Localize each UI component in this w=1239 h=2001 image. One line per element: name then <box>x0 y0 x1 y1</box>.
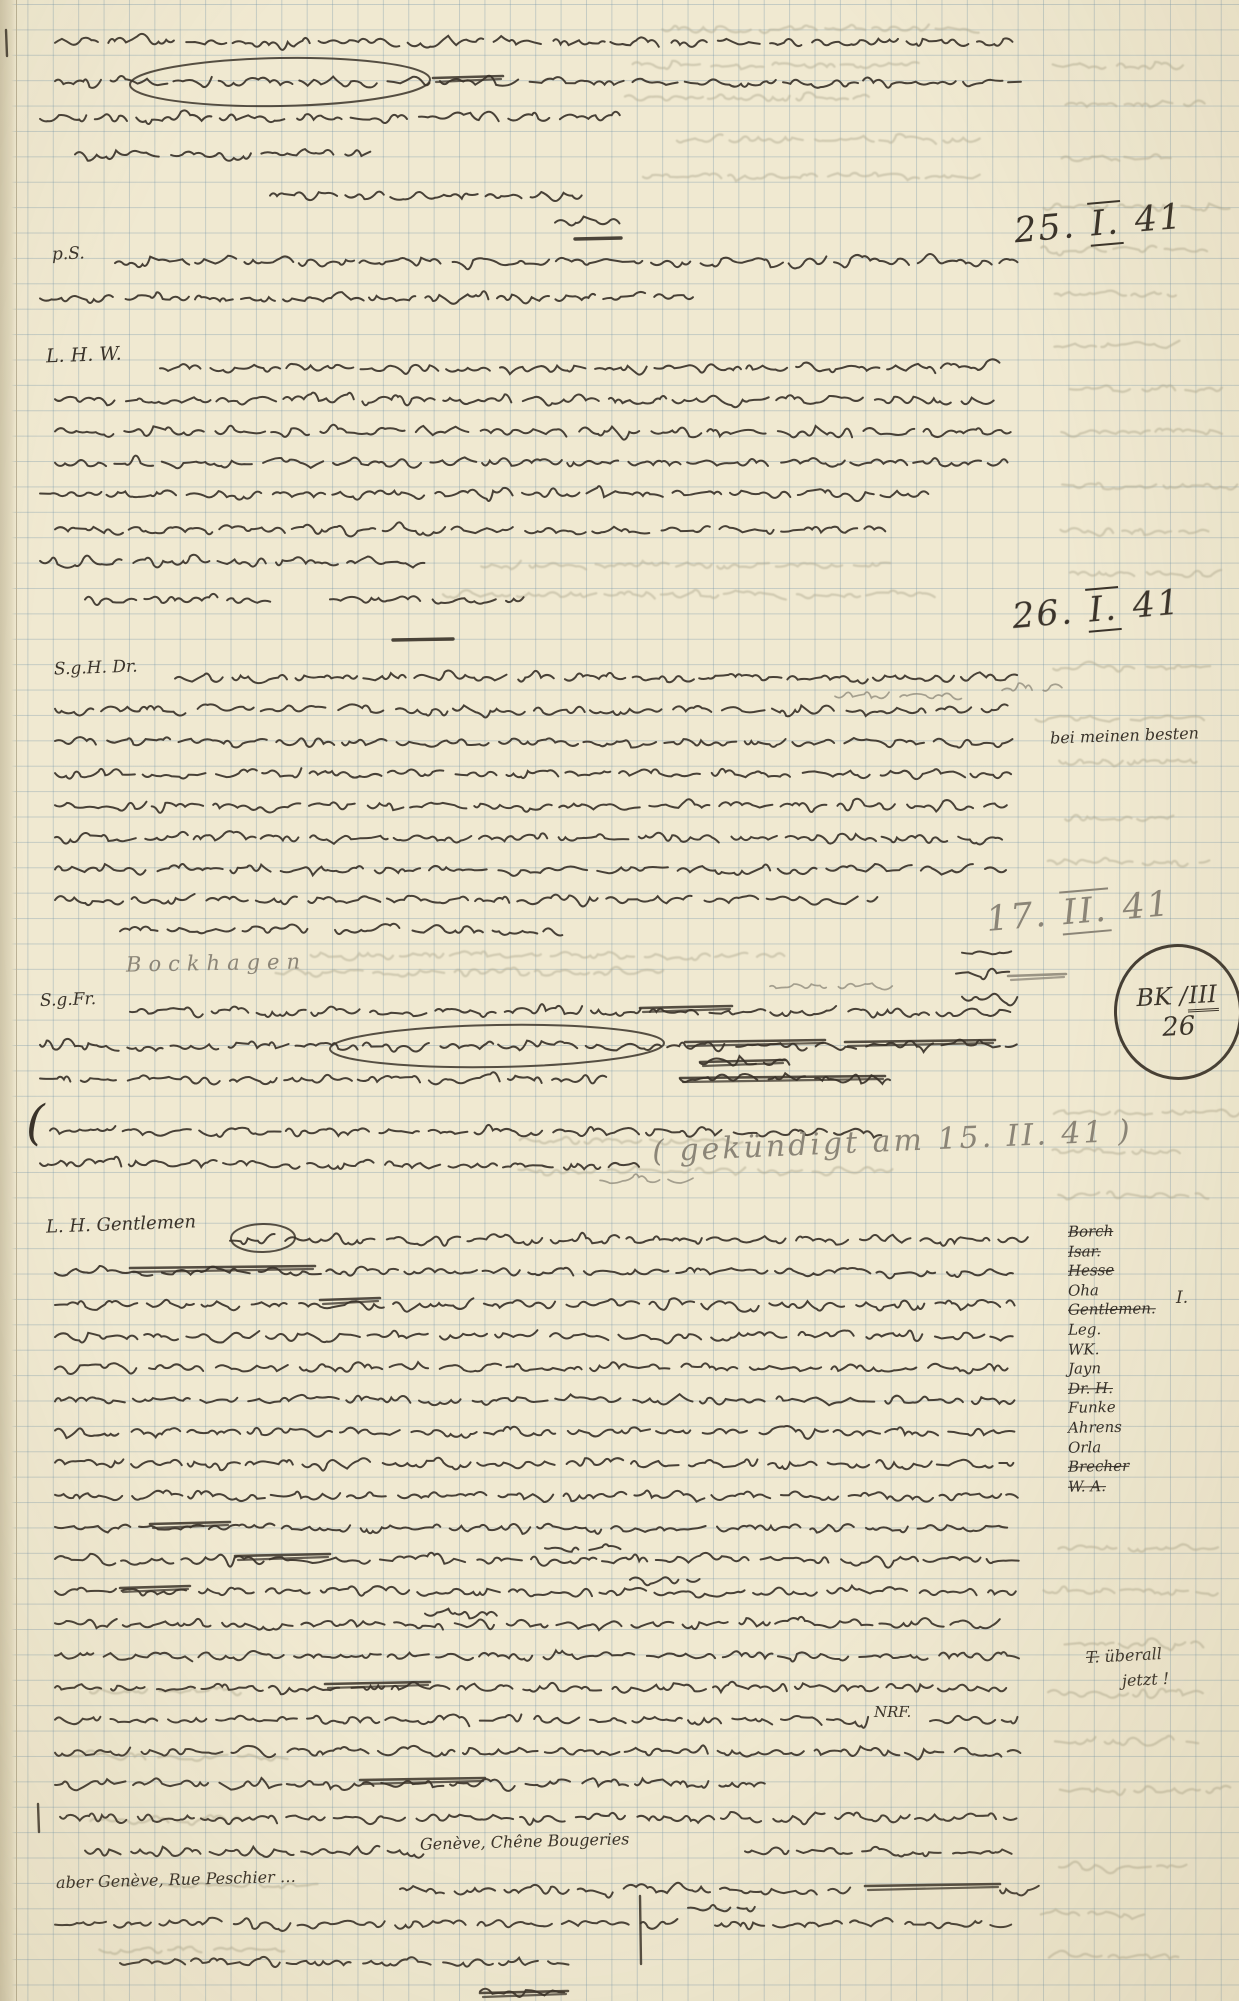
margin-note-jetzt: jetzt ! <box>1122 1671 1170 1690</box>
margin-list-item: Brecher <box>1068 1456 1156 1477</box>
margin-list-item: Borch <box>1068 1221 1156 1242</box>
margin-list-group-mark: I. <box>1176 1290 1188 1308</box>
margin-list-item: Gentlemen. <box>1068 1300 1156 1321</box>
date-year: 41 <box>1121 884 1173 928</box>
stamp-signature: BK /III <box>1136 980 1219 1012</box>
stamp-roman-numeral: III <box>1187 980 1219 1013</box>
opener-lhw: L. H. W. <box>46 345 122 368</box>
stamp-prefix: BK / <box>1136 981 1189 1012</box>
date-year: 41 <box>1133 197 1185 241</box>
opener-sgfr: S.g.Fr. <box>40 991 97 1011</box>
margin-list-item: Jayn <box>1068 1358 1156 1379</box>
date-month-roman: II. <box>1059 887 1111 935</box>
margin-list-item: WK. <box>1068 1339 1156 1360</box>
date-day: 17. <box>985 895 1050 940</box>
margin-list-item: Oha <box>1068 1280 1156 1301</box>
margin-list-item: Isar. <box>1068 1241 1156 1262</box>
margin-list-item: Leg. <box>1068 1319 1156 1340</box>
stamp-number: 26 <box>1161 1011 1196 1043</box>
date-day: 26. <box>1011 592 1076 637</box>
date-month-roman: I. <box>1085 586 1122 633</box>
opener-sgh-dr: S.g.H. Dr. <box>54 659 138 680</box>
date-year: 41 <box>1131 583 1183 627</box>
opener-ps: p.S. <box>52 245 85 264</box>
date-day: 25. <box>1013 206 1078 251</box>
margin-list-item: W. A. <box>1068 1476 1156 1497</box>
opening-parenthesis-mark: ( <box>26 1098 45 1148</box>
date-month-roman: I. <box>1087 200 1124 247</box>
manuscript-page: 25. I. 41 26. I. 41 17. II. 41 ( gekündi… <box>0 0 1239 2001</box>
margin-list-item: Funke <box>1068 1398 1156 1419</box>
margin-list-item: Dr. H. <box>1068 1378 1156 1399</box>
margin-name-list: BorchIsar.HesseOhaGentlemen.Leg.WK.JaynD… <box>1068 1222 1156 1496</box>
margin-list-item: Orla <box>1068 1437 1156 1458</box>
margin-list-item: Hesse <box>1068 1260 1156 1281</box>
handwriting-layer <box>0 0 1239 2001</box>
heading-bockhagen: Bockhagen <box>126 950 307 975</box>
fragment-nrf: NRF. <box>874 1705 911 1721</box>
margin-list-item: Ahrens <box>1068 1417 1156 1438</box>
margin-note-text: überall <box>1099 1644 1162 1666</box>
